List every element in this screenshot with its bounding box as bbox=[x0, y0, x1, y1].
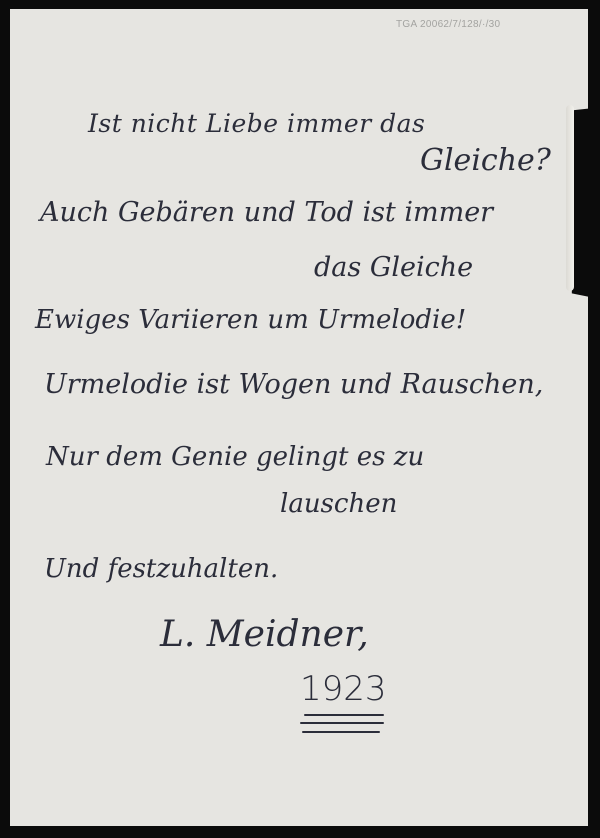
torn-paper-edge bbox=[566, 105, 574, 291]
poem-line-4: das Gleiche bbox=[314, 252, 473, 283]
poem-line-9: Und festzuhalten. bbox=[44, 554, 278, 584]
year-underline-1 bbox=[304, 714, 384, 716]
year-underline-3 bbox=[302, 731, 380, 733]
poem-line-5: Ewiges Variieren um Urmelodie! bbox=[35, 305, 466, 335]
date-year: 1923 bbox=[300, 669, 387, 709]
poem-line-2: Gleiche? bbox=[420, 143, 551, 178]
year-underline-2 bbox=[300, 722, 384, 724]
archive-reference: TGA 20062/7/128/·/30 bbox=[396, 19, 500, 30]
paper-sheet: TGA 20062/7/128/·/30 Ist nicht Liebe imm… bbox=[10, 9, 588, 826]
poem-line-1: Ist nicht Liebe immer das bbox=[88, 109, 425, 138]
poem-line-8: lauschen bbox=[280, 489, 397, 519]
signature: L. Meidner, bbox=[160, 614, 369, 655]
poem-line-7: Nur dem Genie gelingt es zu bbox=[46, 442, 424, 472]
poem-line-6: Urmelodie ist Wogen und Rauschen, bbox=[44, 369, 543, 400]
poem-line-3: Auch Gebären und Tod ist immer bbox=[40, 197, 493, 228]
